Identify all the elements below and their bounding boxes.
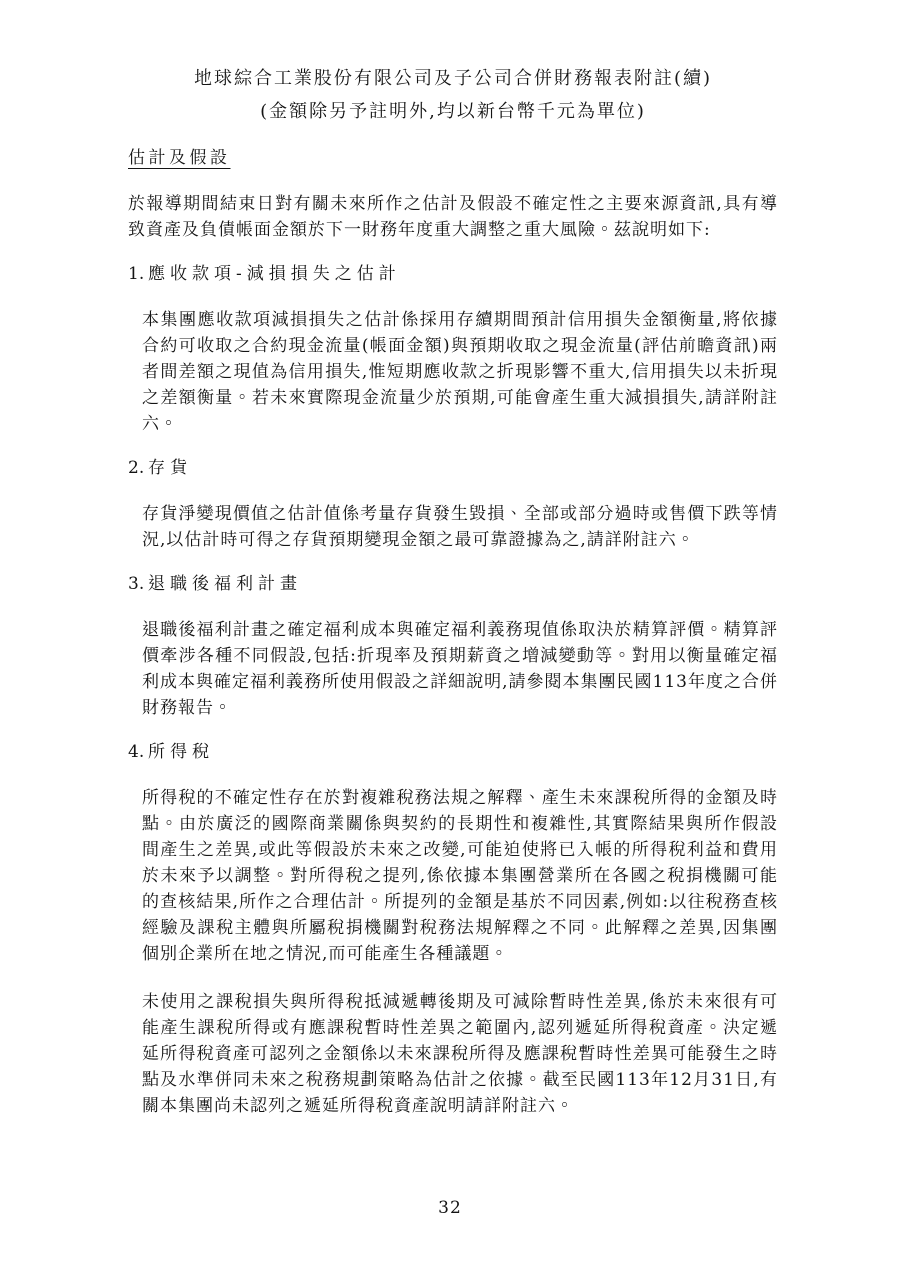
intro-paragraph: 於報導期間結束日對有關未來所作之估計及假設不確定性之主要來源資訊,具有導致資產及… [128,191,778,243]
page-number: 32 [0,1198,900,1218]
section-heading-row: 估計及假設 [128,145,778,171]
item-heading: 3. 退職後福利計畫 [128,571,778,597]
item-paragraph: 存貨淨變現價值之估計值係考量存貨發生毀損、全部或部分過時或售價下跌等情況,以估計… [142,501,778,553]
document-subtitle: (金額除另予註明外,均以新台幣千元為單位) [128,95,778,128]
list-item-post-employment-benefits: 3. 退職後福利計畫 退職後福利計畫之確定福利成本與確定福利義務現值係取決於精算… [128,571,778,721]
item-title: 所得稅 [148,739,214,765]
item-number: 1. [128,261,148,287]
item-number: 3. [128,571,148,597]
item-paragraph: 所得稅的不確定性存在於對複雜稅務法規之解釋、產生未來課稅所得的金額及時點。由於廣… [142,785,778,967]
list-item-income-tax: 4. 所得稅 所得稅的不確定性存在於對複雜稅務法規之解釋、產生未來課稅所得的金額… [128,739,778,1119]
section-heading: 估計及假設 [128,148,231,168]
list-item-inventory: 2. 存貨 存貨淨變現價值之估計值係考量存貨發生毀損、全部或部分過時或售價下跌等… [128,455,778,553]
item-title: 退職後福利計畫 [148,571,302,597]
item-title: 應收款項-減損損失之估計 [148,261,401,287]
list-item-receivables: 1. 應收款項-減損損失之估計 本集團應收款項減損損失之估計係採用存續期間預計信… [128,261,778,437]
document-page: 地球綜合工業股份有限公司及子公司合併財務報表附註(續) (金額除另予註明外,均以… [0,0,900,1273]
item-title: 存貨 [148,455,192,481]
item-paragraph: 未使用之課稅損失與所得稅抵減遞轉後期及可減除暫時性差異,係於未來很有可能產生課稅… [142,989,778,1119]
item-heading: 4. 所得稅 [128,739,778,765]
item-paragraph: 退職後福利計畫之確定福利成本與確定福利義務現值係取決於精算評價。精算評價牽涉各種… [142,617,778,721]
document-title: 地球綜合工業股份有限公司及子公司合併財務報表附註(續) [128,62,778,95]
item-heading: 2. 存貨 [128,455,778,481]
item-paragraph: 本集團應收款項減損損失之估計係採用存續期間預計信用損失金額衡量,將依據合約可收取… [142,307,778,437]
item-number: 4. [128,739,148,765]
item-number: 2. [128,455,148,481]
item-heading: 1. 應收款項-減損損失之估計 [128,261,778,287]
